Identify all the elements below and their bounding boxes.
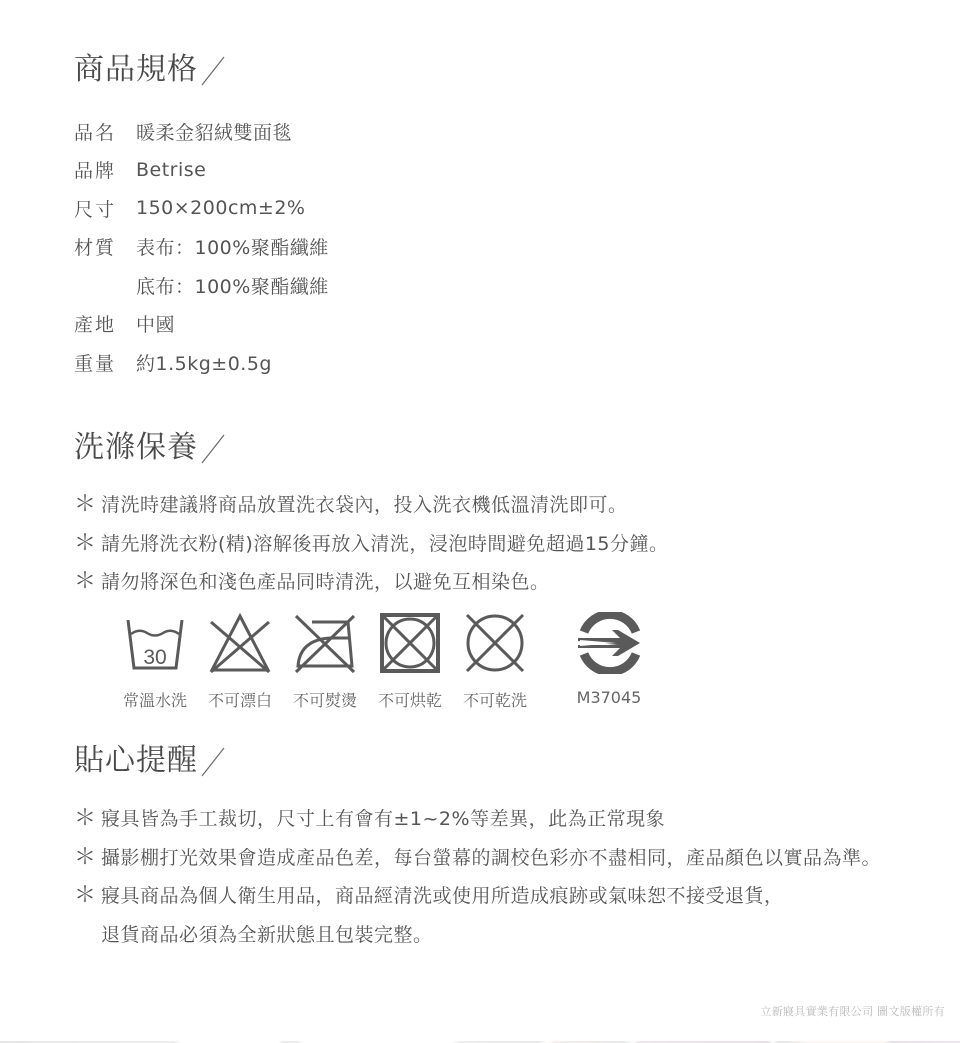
care-symbol-label: 不可烘乾 <box>365 688 455 711</box>
spec-value: 中國 <box>136 310 175 337</box>
asterisk-bullet-icon: ＊ <box>74 525 101 564</box>
spec-row-material: 材質 表布：100%聚酯纖維 <box>74 228 329 267</box>
spec-label: 材質 <box>74 233 136 260</box>
spec-value: 約1.5kg±0.5g <box>136 349 272 376</box>
list-item: ＊ 攝影棚打光效果會造成產品色差，每台螢幕的調校色彩亦不盡相同，產品顏色以實品為… <box>74 839 881 878</box>
spec-value: 表布：100%聚酯纖維 <box>136 233 329 260</box>
tips-title: 貼心提醒 <box>74 741 226 781</box>
bsmi-certification-mark: M37045 <box>564 612 654 674</box>
spec-value: 底布：100%聚酯纖維 <box>136 272 329 299</box>
care-symbol-label: 不可熨燙 <box>280 688 370 711</box>
care-instruction-text: 清洗時建議將商品放置洗衣袋內，投入洗衣機低溫清洗即可。 <box>101 486 628 525</box>
no-tumble-dry-icon <box>377 612 443 674</box>
asterisk-bullet-icon: ＊ <box>74 877 101 916</box>
asterisk-bullet-icon: ＊ <box>74 486 101 525</box>
slash-divider-icon <box>200 431 226 465</box>
slash-divider-icon <box>200 744 226 778</box>
tip-text: 攝影棚打光效果會造成產品色差，每台螢幕的調校色彩亦不盡相同，產品顏色以實品為準。 <box>101 839 881 878</box>
copyright-notice: 立新寢具實業有限公司 圖文版權所有 <box>760 1003 945 1019</box>
no-iron-icon <box>292 612 358 674</box>
spec-row-material-back: 底布：100%聚酯纖維 <box>74 266 329 305</box>
tips-title-text: 貼心提醒 <box>74 741 198 781</box>
svg-text:30: 30 <box>143 646 166 669</box>
care-symbol-wash-30: 30 常溫水洗 <box>110 612 200 674</box>
care-instructions-list: ＊ 清洗時建議將商品放置洗衣袋內，投入洗衣機低溫清洗即可。 ＊ 請先將洗衣粉(精… <box>74 486 669 602</box>
care-symbol-no-tumble-dry: 不可烘乾 <box>365 612 455 674</box>
asterisk-bullet-icon: ＊ <box>74 563 101 602</box>
spec-label: 產地 <box>74 310 136 337</box>
spec-row-origin: 產地 中國 <box>74 305 329 344</box>
bsmi-mark-icon <box>576 612 642 674</box>
spec-label: 品名 <box>74 118 136 145</box>
list-item: ＊ 清洗時建議將商品放置洗衣袋內，投入洗衣機低溫清洗即可。 <box>74 486 669 525</box>
list-item: ＊ 請先將洗衣粉(精)溶解後再放入清洗，浸泡時間避免超過15分鐘。 <box>74 525 669 564</box>
care-symbol-label: 常溫水洗 <box>110 688 200 711</box>
list-item: ＊ 請勿將深色和淺色產品同時清洗，以避免互相染色。 <box>74 563 669 602</box>
asterisk-bullet-icon: ＊ <box>74 800 101 839</box>
care-symbols-row: 30 常溫水洗 不可漂白 不可熨燙 不可烘乾 <box>0 612 960 722</box>
list-item: ＊ 寢具商品為個人衛生用品，商品經清洗或使用所造成痕跡或氣味恕不接受退貨， <box>74 877 881 916</box>
care-symbol-label: 不可漂白 <box>195 688 285 711</box>
spec-row-name: 品名 暖柔金貂絨雙面毯 <box>74 112 329 151</box>
tip-text: 寢具皆為手工裁切，尺寸上有會有±1~2%等差異，此為正常現象 <box>101 800 665 839</box>
spec-value: 150×200cm±2% <box>136 197 305 219</box>
care-symbol-label: 不可乾洗 <box>450 688 540 711</box>
list-item: ＊ 寢具皆為手工裁切，尺寸上有會有±1~2%等差異，此為正常現象 <box>74 800 881 839</box>
tips-list: ＊ 寢具皆為手工裁切，尺寸上有會有±1~2%等差異，此為正常現象 ＊ 攝影棚打光… <box>74 800 881 954</box>
care-title-text: 洗滌保養 <box>74 428 198 468</box>
spec-row-weight: 重量 約1.5kg±0.5g <box>74 343 329 382</box>
care-symbol-no-iron: 不可熨燙 <box>280 612 370 674</box>
care-instruction-text: 請勿將深色和淺色產品同時清洗，以避免互相染色。 <box>101 563 550 602</box>
spec-value: Betrise <box>136 159 206 181</box>
bsmi-registration-number: M37045 <box>564 688 654 707</box>
spec-label: 尺寸 <box>74 195 136 222</box>
no-bleach-icon <box>207 612 273 674</box>
spec-row-brand: 品牌 Betrise <box>74 151 329 190</box>
no-dry-clean-icon <box>462 612 528 674</box>
tip-text: 寢具商品為個人衛生用品，商品經清洗或使用所造成痕跡或氣味恕不接受退貨， <box>101 877 784 916</box>
care-title: 洗滌保養 <box>74 428 226 468</box>
specs-title: 商品規格 <box>74 50 226 90</box>
spec-table: 品名 暖柔金貂絨雙面毯 品牌 Betrise 尺寸 150×200cm±2% 材… <box>74 112 329 382</box>
spec-label: 重量 <box>74 349 136 376</box>
spec-label: 品牌 <box>74 156 136 183</box>
slash-divider-icon <box>200 53 226 87</box>
specs-title-text: 商品規格 <box>74 50 198 90</box>
spec-row-size: 尺寸 150×200cm±2% <box>74 189 329 228</box>
spec-value: 暖柔金貂絨雙面毯 <box>136 118 292 145</box>
asterisk-bullet-icon: ＊ <box>74 839 101 878</box>
tip-text-continuation: 退貨商品必須為全新狀態且包裝完整。 <box>74 916 881 955</box>
care-symbol-no-dry-clean: 不可乾洗 <box>450 612 540 674</box>
wash-30-icon: 30 <box>122 612 188 674</box>
care-instruction-text: 請先將洗衣粉(精)溶解後再放入清洗，浸泡時間避免超過15分鐘。 <box>101 525 669 564</box>
care-symbol-no-bleach: 不可漂白 <box>195 612 285 674</box>
